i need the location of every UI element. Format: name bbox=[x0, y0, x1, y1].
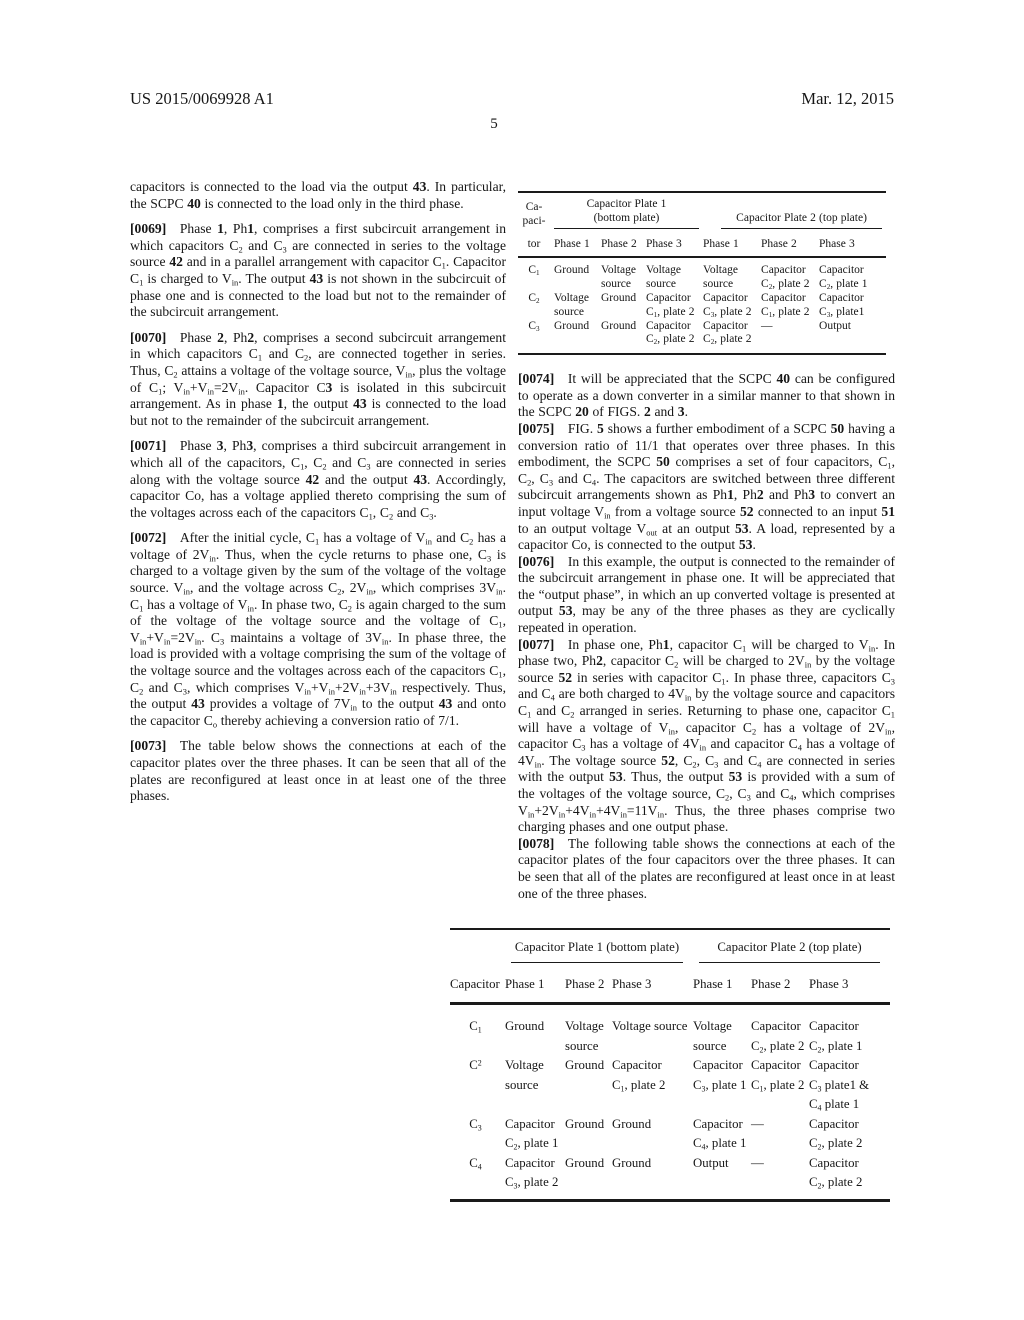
left-column: capacitors is connected to the load via … bbox=[130, 179, 506, 814]
phase-header: Phase 1 bbox=[505, 963, 565, 1004]
patent-page: US 2015/0069928 A1 Mar. 12, 2015 5 capac… bbox=[0, 0, 1024, 1320]
paragraph-0076: [0076] In this example, the output is co… bbox=[518, 554, 895, 637]
table-row: C3 CapacitorC2, plate 1 Ground Ground Ca… bbox=[450, 1115, 890, 1154]
table-cell: CapacitorC2, plate 1 bbox=[809, 1004, 890, 1057]
table-cell: CapacitorC1, plate 2 bbox=[751, 1056, 809, 1115]
table-row: C2 Voltagesource Ground CapacitorC1, pla… bbox=[450, 1056, 890, 1115]
table-cell: Voltagesource bbox=[646, 257, 703, 292]
phase-header: Phase 2 bbox=[761, 229, 819, 258]
table-cell: — bbox=[751, 1115, 809, 1154]
table-cell: — bbox=[751, 1154, 809, 1201]
plate2-group-header: Capacitor Plate 2 (top plate) bbox=[703, 192, 886, 229]
paragraph-0071: [0071] Phase 3, Ph3, comprises a third s… bbox=[130, 438, 506, 521]
table-cell: CapacitorC2, plate 2 bbox=[703, 320, 761, 355]
table-cell: Voltagesource bbox=[554, 292, 601, 320]
table-cell: Ground bbox=[554, 257, 601, 292]
phase-header: Phase 1 bbox=[693, 963, 751, 1004]
phase-header: Phase 1 bbox=[554, 229, 601, 258]
table-cell: CapacitorC3, plate 2 bbox=[703, 292, 761, 320]
capacitor-connections-table-four-cap: Capacitor Plate 1 (bottom plate) Capacit… bbox=[450, 928, 890, 1202]
publication-number: US 2015/0069928 A1 bbox=[130, 90, 274, 108]
table-cell: Ground bbox=[565, 1056, 612, 1115]
table-cell: Ground bbox=[565, 1115, 612, 1154]
capacitor-label: C1 bbox=[518, 257, 554, 292]
phase-header: Phase 2 bbox=[601, 229, 646, 258]
table-cell: — bbox=[761, 320, 819, 355]
table-cell: CapacitorC2, plate 1 bbox=[819, 257, 886, 292]
table-row: C4 CapacitorC3, plate 2 Ground Ground Ou… bbox=[450, 1154, 890, 1201]
table-cell: CapacitorC1, plate 2 bbox=[612, 1056, 693, 1115]
table-cell: CapacitorC2, plate 2 bbox=[646, 320, 703, 355]
phase-header: Phase 1 bbox=[703, 229, 761, 258]
table-cell: Ground bbox=[505, 1004, 565, 1057]
capacitor-column-header-bottom: tor bbox=[518, 229, 554, 258]
table-cell: Ground bbox=[565, 1154, 612, 1201]
plate1-group-header: Capacitor Plate 1(bottom plate) bbox=[554, 192, 703, 229]
paragraph-0077: [0077] In phase one, Ph1, capacitor C1 w… bbox=[518, 637, 895, 836]
capacitor-column-header-top: Ca-paci- bbox=[518, 192, 554, 229]
table-cell: CapacitorC3, plate1 bbox=[819, 292, 886, 320]
paragraph-0078: [0078] The following table shows the con… bbox=[518, 836, 895, 902]
right-column: Ca-paci- Capacitor Plate 1(bottom plate)… bbox=[518, 179, 895, 902]
paragraph-0075: [0075] FIG. 5 shows a further embodiment… bbox=[518, 421, 895, 554]
table-cell: CapacitorC1, plate 2 bbox=[646, 292, 703, 320]
page-header: US 2015/0069928 A1 Mar. 12, 2015 bbox=[130, 90, 894, 108]
plate2-group-header: Capacitor Plate 2 (top plate) bbox=[693, 929, 890, 963]
phase-header: Phase 2 bbox=[751, 963, 809, 1004]
table-cell: CapacitorC2, plate 2 bbox=[751, 1004, 809, 1057]
table-phase-header-row: Capacitor Phase 1 Phase 2 Phase 3 Phase … bbox=[450, 963, 890, 1004]
phase-header: Phase 2 bbox=[565, 963, 612, 1004]
paragraph-0074: [0074] It will be appreciated that the S… bbox=[518, 371, 895, 421]
paragraph-0073: [0073] The table below shows the connect… bbox=[130, 738, 506, 804]
phase-header: Phase 3 bbox=[819, 229, 886, 258]
table-cell: Output bbox=[693, 1154, 751, 1201]
table-cell: Output bbox=[819, 320, 886, 355]
table-cell: CapacitorC2, plate 2 bbox=[761, 257, 819, 292]
table-cell: Ground bbox=[554, 320, 601, 355]
table-cell: CapacitorC3 plate1 &C4 plate 1 bbox=[809, 1056, 890, 1115]
paragraph-0069: [0069] Phase 1, Ph1, comprises a first s… bbox=[130, 221, 506, 321]
table-cell: Voltagesource bbox=[703, 257, 761, 292]
table-cell: Ground bbox=[601, 292, 646, 320]
table-row: C2 Voltagesource Ground CapacitorC1, pla… bbox=[518, 292, 886, 320]
capacitor-column-header-spacer bbox=[450, 929, 505, 963]
table-row: C3 Ground Ground CapacitorC2, plate 2 Ca… bbox=[518, 320, 886, 355]
capacitor-column-header: Capacitor bbox=[450, 963, 505, 1004]
table-cell: Voltagesource bbox=[505, 1056, 565, 1115]
table-cell: CapacitorC4, plate 1 bbox=[693, 1115, 751, 1154]
table-cell: Ground bbox=[612, 1115, 693, 1154]
capacitor-label: C4 bbox=[450, 1154, 505, 1201]
table-cell: Voltagesource bbox=[601, 257, 646, 292]
paragraph-0072: [0072] After the initial cycle, C1 has a… bbox=[130, 530, 506, 729]
capacitor-label: C3 bbox=[518, 320, 554, 355]
publication-date: Mar. 12, 2015 bbox=[801, 90, 894, 108]
phase-header: Phase 3 bbox=[612, 963, 693, 1004]
table-cell: CapacitorC1, plate 2 bbox=[761, 292, 819, 320]
table-cell: Ground bbox=[601, 320, 646, 355]
table-group-header-row: Ca-paci- Capacitor Plate 1(bottom plate)… bbox=[518, 192, 886, 229]
table-cell: CapacitorC3, plate 2 bbox=[505, 1154, 565, 1201]
table-cell: CapacitorC3, plate 1 bbox=[693, 1056, 751, 1115]
phase-header: Phase 3 bbox=[809, 963, 890, 1004]
table-cell: Voltage source bbox=[612, 1004, 693, 1057]
table-phase-header-row: tor Phase 1 Phase 2 Phase 3 Phase 1 Phas… bbox=[518, 229, 886, 258]
table-row: C1 Ground Voltagesource Voltagesource Vo… bbox=[518, 257, 886, 292]
paragraph-0070: [0070] Phase 2, Ph2, comprises a second … bbox=[130, 330, 506, 430]
capacitor-label: C2 bbox=[518, 292, 554, 320]
plate1-group-header: Capacitor Plate 1 (bottom plate) bbox=[505, 929, 693, 963]
table-group-header-row: Capacitor Plate 1 (bottom plate) Capacit… bbox=[450, 929, 890, 963]
table-cell: Ground bbox=[612, 1154, 693, 1201]
table-cell: CapacitorC2, plate 2 bbox=[809, 1115, 890, 1154]
capacitor-connections-table-three-phase: Ca-paci- Capacitor Plate 1(bottom plate)… bbox=[518, 191, 886, 355]
capacitor-label: C1 bbox=[450, 1004, 505, 1057]
table-cell: CapacitorC2, plate 1 bbox=[505, 1115, 565, 1154]
paragraph-continuation: capacitors is connected to the load via … bbox=[130, 179, 506, 212]
table-cell: Voltagesource bbox=[693, 1004, 751, 1057]
page-number: 5 bbox=[0, 116, 988, 133]
table-row: C1 Ground Voltagesource Voltage source V… bbox=[450, 1004, 890, 1057]
capacitor-label: C3 bbox=[450, 1115, 505, 1154]
phase-header: Phase 3 bbox=[646, 229, 703, 258]
capacitor-label: C2 bbox=[450, 1056, 505, 1115]
table-cell: Voltagesource bbox=[565, 1004, 612, 1057]
table-cell: CapacitorC2, plate 2 bbox=[809, 1154, 890, 1201]
